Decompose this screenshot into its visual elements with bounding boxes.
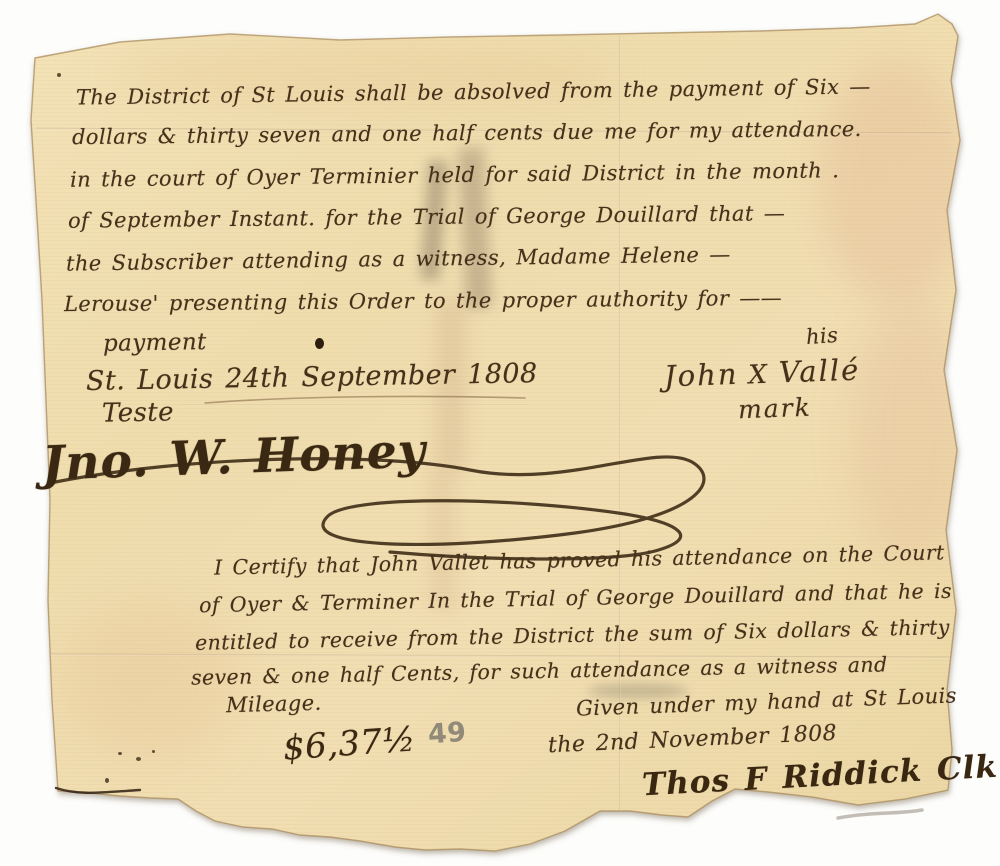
his-word: his [805,323,839,349]
teste-label: Teste [102,397,174,428]
pencil-number: 49 [427,717,467,751]
scanned-document: The District of St Louis shall be absolv… [0,0,1000,866]
vallee-last-name: Vallé [778,353,860,390]
vallee-x-mark: X [738,359,780,390]
mark-word: mark [738,393,813,425]
mileage-word: Mileage. [226,691,322,717]
vallee-signature-line: JohnXVallé [663,353,860,394]
payment-word: payment [103,329,207,357]
vallee-first-name: John [663,357,739,394]
